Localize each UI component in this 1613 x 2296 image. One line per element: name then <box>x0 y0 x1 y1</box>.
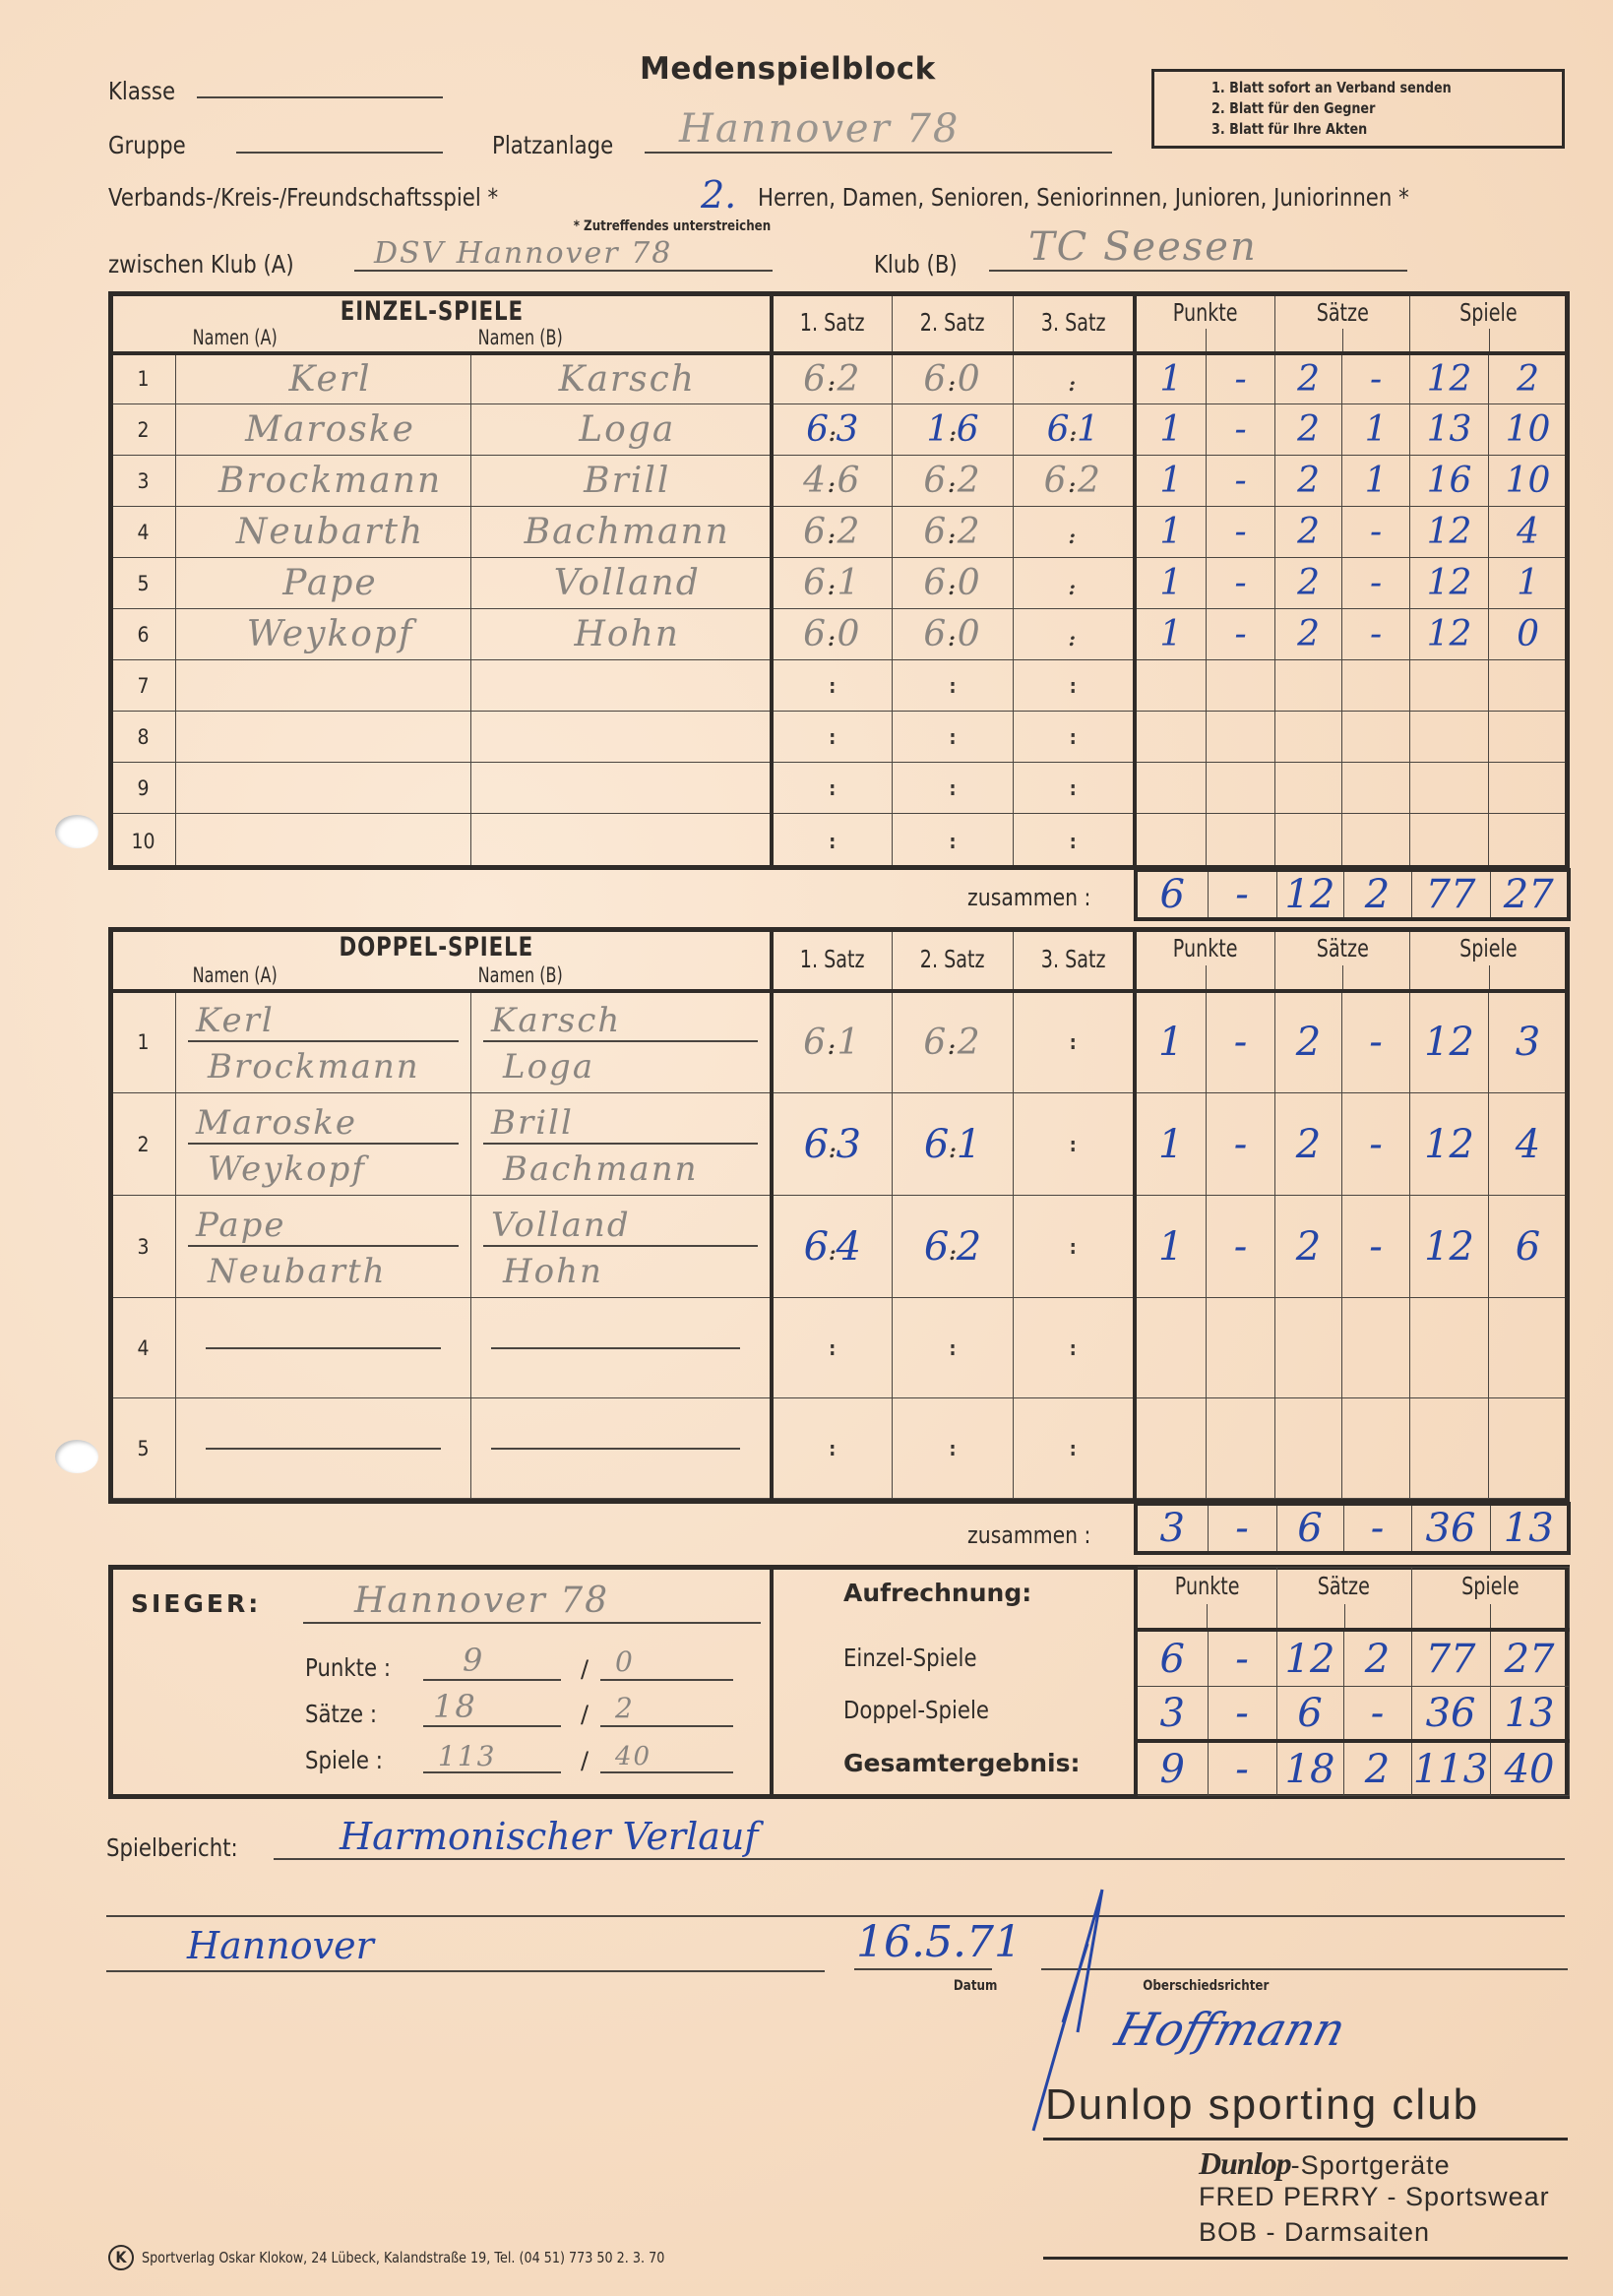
saetze-b[interactable]: 1 <box>1342 404 1410 456</box>
player-a1-name[interactable]: Maroske <box>188 1095 459 1145</box>
gruppe-label: Gruppe <box>108 131 186 159</box>
punkte-b[interactable]: - <box>1207 991 1275 1093</box>
zusammen-saetze-a[interactable]: 6 <box>1276 1504 1343 1553</box>
satz2-score[interactable]: 6:0 <box>893 558 1014 609</box>
einzel-table: EINZEL-SPIELE Namen (A) Namen (B) 1. Sat… <box>110 293 1568 869</box>
einzel-zusammen-row: 6 - 12 2 77 27 <box>1134 868 1571 921</box>
platzanlage-field[interactable] <box>645 152 1112 154</box>
team-b-names[interactable]: Brill Bachmann <box>471 1093 772 1196</box>
doppel-col-punkte: Punkte <box>1173 934 1238 962</box>
spiele-a[interactable] <box>1410 660 1489 712</box>
doppel-zusammen-row: 3 - 6 - 36 13 <box>1134 1502 1571 1555</box>
saetze-a[interactable]: 2 <box>1275 1093 1342 1196</box>
punkte-b[interactable] <box>1207 763 1275 814</box>
satz3-score[interactable]: : <box>1014 991 1135 1093</box>
sieger-spiele-b-field[interactable] <box>600 1771 733 1773</box>
satz2-score[interactable]: 6:0 <box>893 609 1014 660</box>
player-b-name[interactable] <box>471 814 772 869</box>
team-a-names[interactable]: Kerl Brockmann <box>176 991 471 1093</box>
aufrechnung-col-saetze: Sätze <box>1318 1572 1370 1600</box>
player-b1-name[interactable]: Karsch <box>483 993 758 1042</box>
zusammen-saetze-b[interactable]: - <box>1343 1504 1411 1553</box>
sieger-punkte-a-field[interactable] <box>423 1679 561 1681</box>
row-number: 1 <box>111 991 176 1093</box>
punkte-a[interactable] <box>1135 660 1207 712</box>
notice-line-1: 1. Blatt sofort an Verband senden <box>1211 78 1510 98</box>
doppel-spiele-b[interactable]: 13 <box>1490 1687 1569 1741</box>
satz3-score[interactable]: : <box>1014 507 1135 558</box>
einzel-title: EINZEL-SPIELE <box>341 296 524 327</box>
saetze-b[interactable]: - <box>1342 1196 1410 1298</box>
satz1-score[interactable]: : <box>772 712 893 763</box>
satz3-score[interactable]: : <box>1014 1298 1135 1398</box>
gesamt-saetze-b[interactable]: 2 <box>1343 1741 1411 1795</box>
satz3-score[interactable]: 6:2 <box>1014 456 1135 507</box>
satz2-score[interactable]: : <box>893 1298 1014 1398</box>
zusammen-punkte-a[interactable]: 6 <box>1136 870 1208 919</box>
doppel-table: DOPPEL-SPIELE Namen (A) Namen (B) 1. Sat… <box>110 929 1568 1499</box>
spiele-a[interactable]: 12 <box>1410 507 1489 558</box>
zusammen-spiele-a[interactable]: 77 <box>1411 870 1490 919</box>
satz1-score[interactable]: 6:1 <box>772 991 893 1093</box>
satz3-score[interactable]: : <box>1014 1196 1135 1298</box>
satz1-score[interactable]: : <box>772 1298 893 1398</box>
aufrechnung-table: Punkte Sätze Spiele 6 - 12 2 77 27 3 - 6… <box>1134 1567 1570 1796</box>
einzel-spiele-b[interactable]: 27 <box>1490 1630 1569 1686</box>
player-a-name[interactable] <box>176 814 471 869</box>
saetze-a[interactable] <box>1275 712 1342 763</box>
sieger-saetze-label: Sätze : <box>305 1700 377 1728</box>
player-b-name[interactable] <box>471 660 772 712</box>
punkte-a[interactable] <box>1135 712 1207 763</box>
row-number: 4 <box>111 507 176 558</box>
spielbericht-line-2[interactable] <box>106 1915 1565 1917</box>
satz2-score[interactable]: : <box>893 712 1014 763</box>
einzel-saetze-b[interactable]: 2 <box>1343 1630 1411 1686</box>
punkte-b[interactable] <box>1207 1398 1275 1499</box>
saetze-a[interactable] <box>1275 1298 1342 1398</box>
satz1-score[interactable]: : <box>772 814 893 869</box>
satz3-score[interactable]: : <box>1014 763 1135 814</box>
satz1-score[interactable]: : <box>772 763 893 814</box>
row-number: 1 <box>111 353 176 404</box>
satz2-score[interactable]: : <box>893 1398 1014 1499</box>
einzel-col-satz1: 1. Satz <box>800 308 865 337</box>
punkte-b[interactable]: - <box>1207 1196 1275 1298</box>
zusammen-saetze-b[interactable]: 2 <box>1343 870 1411 919</box>
saetze-b[interactable] <box>1342 712 1410 763</box>
satz2-score[interactable]: : <box>893 660 1014 712</box>
einzel-col-name-b: Namen (B) <box>478 326 563 349</box>
satz2-score[interactable]: 6:2 <box>893 991 1014 1093</box>
einzel-punkte-a[interactable]: 6 <box>1136 1630 1208 1686</box>
satz2-score[interactable]: 6:2 <box>893 456 1014 507</box>
summary-divider <box>770 1567 774 1795</box>
zusammen-punkte-b[interactable]: - <box>1208 1504 1276 1553</box>
punkte-a[interactable]: 1 <box>1135 507 1207 558</box>
saetze-b[interactable]: - <box>1342 609 1410 660</box>
spiele-a[interactable]: 12 <box>1410 609 1489 660</box>
satz3-score[interactable]: : <box>1014 353 1135 404</box>
gesamt-punkte-a[interactable]: 9 <box>1136 1741 1208 1795</box>
klub-a-label: zwischen Klub (A) <box>108 250 294 279</box>
einzel-row: 5 Pape Volland 6:1 6:0 : 1 - 2 - 12 1 <box>111 558 1568 609</box>
ort-value: Hannover <box>187 1924 374 1967</box>
player-a-name[interactable]: Kerl <box>176 353 471 404</box>
sieger-spiele-label: Spiele : <box>305 1746 383 1774</box>
ad-line-3: BOB - Darmsaiten <box>1199 2217 1430 2248</box>
satz1-score[interactable]: 6:2 <box>772 507 893 558</box>
platzanlage-value: Hannover 78 <box>679 106 960 152</box>
punkte-b[interactable]: - <box>1207 507 1275 558</box>
doppel-col-satz3: 3. Satz <box>1040 945 1105 973</box>
player-b-name[interactable]: Loga <box>471 404 772 456</box>
spiele-a[interactable]: 12 <box>1410 991 1489 1093</box>
player-a-name[interactable] <box>176 763 471 814</box>
spielbericht-line-1[interactable] <box>274 1858 1565 1860</box>
satz1-score[interactable]: 6:3 <box>772 404 893 456</box>
spiele-a[interactable]: 12 <box>1410 353 1489 404</box>
satz3-score[interactable]: 6:1 <box>1014 404 1135 456</box>
sieger-punkte-a: 9 <box>463 1642 484 1679</box>
ort-field[interactable] <box>106 1970 825 1972</box>
player-b-name[interactable]: Bachmann <box>471 507 772 558</box>
satz2-score[interactable]: 6:0 <box>893 353 1014 404</box>
player-b1-name[interactable]: Brill <box>483 1095 758 1145</box>
player-b-name[interactable]: Brill <box>471 456 772 507</box>
team-b-names[interactable] <box>471 1298 772 1398</box>
spiele-b[interactable] <box>1489 814 1568 869</box>
sieger-spiele-b: 40 <box>615 1742 651 1771</box>
sieger-field[interactable] <box>303 1622 761 1624</box>
team-a-names[interactable] <box>176 1398 471 1499</box>
saetze-b[interactable]: - <box>1342 1093 1410 1196</box>
spiele-b[interactable]: 2 <box>1489 353 1568 404</box>
aufrechnung-doppel-label: Doppel-Spiele <box>843 1696 989 1724</box>
aufrechnung-gesamt-label: Gesamtergebnis: <box>843 1749 1081 1777</box>
spiele-a[interactable]: 16 <box>1410 456 1489 507</box>
punkte-a[interactable] <box>1135 1298 1207 1398</box>
copy-distribution-notice: 1. Blatt sofort an Verband senden 2. Bla… <box>1151 69 1565 149</box>
zusammen-saetze-a[interactable]: 12 <box>1276 870 1343 919</box>
zusammen-spiele-b[interactable]: 13 <box>1490 1504 1569 1553</box>
zusammen-spiele-a[interactable]: 36 <box>1411 1504 1490 1553</box>
punkte-b[interactable] <box>1207 814 1275 869</box>
satz1-score[interactable]: 6:2 <box>772 353 893 404</box>
player-b-name[interactable] <box>471 763 772 814</box>
punkte-a[interactable]: 1 <box>1135 558 1207 609</box>
player-b2-name[interactable]: Hohn <box>483 1247 758 1296</box>
einzel-header-row: EINZEL-SPIELE Namen (A) Namen (B) 1. Sat… <box>111 294 1568 353</box>
punkte-b[interactable]: - <box>1207 558 1275 609</box>
aufrechnung-row-gesamt: 9 - 18 2 113 40 <box>1136 1741 1569 1795</box>
sieger-spiele-a: 113 <box>438 1740 496 1772</box>
player-a1-name[interactable]: Pape <box>188 1198 459 1247</box>
team-b-names[interactable]: Volland Hohn <box>471 1196 772 1298</box>
spiele-b[interactable]: 10 <box>1489 456 1568 507</box>
punkte-b[interactable]: - <box>1207 1093 1275 1196</box>
player-a-name[interactable]: Maroske <box>176 404 471 456</box>
saetze-a[interactable]: 2 <box>1275 609 1342 660</box>
einzel-saetze-a[interactable]: 12 <box>1276 1630 1343 1686</box>
spielart-footnote: * Zutreffendes unterstreichen <box>556 216 788 234</box>
spiele-a[interactable]: 12 <box>1410 1093 1489 1196</box>
doppel-col-name-b: Namen (B) <box>478 963 563 987</box>
punkte-a[interactable]: 1 <box>1135 1093 1207 1196</box>
spiele-a[interactable] <box>1410 814 1489 869</box>
saetze-b[interactable] <box>1342 763 1410 814</box>
spiele-b[interactable]: 6 <box>1489 1196 1568 1298</box>
player-b-name[interactable]: Volland <box>471 558 772 609</box>
zusammen-punkte-b[interactable]: - <box>1208 870 1276 919</box>
saetze-a[interactable] <box>1275 660 1342 712</box>
page-title: Medenspielblock <box>640 51 936 87</box>
klasse-label: Klasse <box>108 77 175 105</box>
saetze-a[interactable]: 2 <box>1275 456 1342 507</box>
punkte-a[interactable]: 1 <box>1135 456 1207 507</box>
punkte-a[interactable]: 1 <box>1135 353 1207 404</box>
player-a-name[interactable]: Brockmann <box>176 456 471 507</box>
saetze-b[interactable] <box>1342 814 1410 869</box>
spiele-b[interactable]: 3 <box>1489 991 1568 1093</box>
player-a-name[interactable]: Weykopf <box>176 609 471 660</box>
player-a2-name[interactable]: Neubarth <box>188 1247 459 1296</box>
spiele-a[interactable] <box>1410 763 1489 814</box>
satz2-score[interactable]: 1:6 <box>893 404 1014 456</box>
einzel-spiele-a[interactable]: 77 <box>1411 1630 1490 1686</box>
doppel-saetze-a[interactable]: 6 <box>1276 1687 1343 1741</box>
gruppe-field[interactable] <box>236 152 443 154</box>
spielart-label: Verbands-/Kreis-/Freundschaftsspiel * <box>108 183 498 212</box>
spiele-a[interactable]: 12 <box>1410 1196 1489 1298</box>
sieger-punkte-label: Punkte : <box>305 1653 391 1682</box>
spiele-a[interactable] <box>1410 1298 1489 1398</box>
spiele-b[interactable]: 1 <box>1489 558 1568 609</box>
spiele-a[interactable]: 12 <box>1410 558 1489 609</box>
spiele-a[interactable] <box>1410 712 1489 763</box>
gesamt-spiele-a[interactable]: 113 <box>1411 1741 1490 1795</box>
punkte-a[interactable] <box>1135 763 1207 814</box>
satz2-score[interactable]: 6:2 <box>893 1196 1014 1298</box>
satz1-score[interactable]: 6:4 <box>772 1196 893 1298</box>
satz3-score[interactable]: : <box>1014 1093 1135 1196</box>
sieger-slash: / <box>581 1747 589 1774</box>
saetze-b[interactable]: - <box>1342 558 1410 609</box>
player-b-name[interactable]: Karsch <box>471 353 772 404</box>
doppel-punkte-b[interactable]: - <box>1208 1687 1276 1741</box>
einzel-row: 8 : : : <box>111 712 1568 763</box>
team-b-names[interactable]: Karsch Loga <box>471 991 772 1093</box>
player-a-name[interactable] <box>176 712 471 763</box>
spiele-b[interactable] <box>1489 1298 1568 1398</box>
satz1-score[interactable]: : <box>772 1398 893 1499</box>
team-a-names[interactable]: Pape Neubarth <box>176 1196 471 1298</box>
spiele-b[interactable] <box>1489 763 1568 814</box>
saetze-a[interactable] <box>1275 814 1342 869</box>
aufrechnung-col-punkte: Punkte <box>1174 1572 1239 1600</box>
player-a2-name[interactable]: Brockmann <box>188 1042 459 1091</box>
row-number: 10 <box>111 814 176 869</box>
player-b-name[interactable] <box>471 712 772 763</box>
satz3-score[interactable]: : <box>1014 609 1135 660</box>
player-b1-name[interactable]: Volland <box>483 1198 758 1247</box>
punkte-a[interactable]: 1 <box>1135 1196 1207 1298</box>
row-number: 5 <box>111 558 176 609</box>
row-number: 9 <box>111 763 176 814</box>
sieger-saetze-b: 2 <box>615 1692 635 1724</box>
einzel-punkte-b[interactable]: - <box>1208 1630 1276 1686</box>
player-a1-name[interactable]: Kerl <box>188 993 459 1042</box>
spiele-b[interactable]: 10 <box>1489 404 1568 456</box>
satz1-score[interactable]: 6:0 <box>772 609 893 660</box>
spiele-b[interactable]: 0 <box>1489 609 1568 660</box>
player-a2-name[interactable]: Weykopf <box>188 1145 459 1194</box>
spiele-a[interactable] <box>1410 1398 1489 1499</box>
doppel-row: 3 Pape Neubarth Volland Hohn 6:4 6:2 : 1… <box>111 1196 1568 1298</box>
satz2-score[interactable]: 6:2 <box>893 507 1014 558</box>
saetze-b[interactable] <box>1342 1298 1410 1398</box>
satz3-score[interactable]: : <box>1014 712 1135 763</box>
sieger-punkte-b: 0 <box>615 1645 635 1678</box>
satz1-score[interactable]: 6:3 <box>772 1093 893 1196</box>
doppel-row: 4 : : : <box>111 1298 1568 1398</box>
schiedsrichter-signature: Hoffmann <box>1110 2003 1351 2056</box>
category-options: Herren, Damen, Senioren, Seniorinnen, Ju… <box>758 183 1409 212</box>
punkte-a[interactable]: 1 <box>1135 404 1207 456</box>
saetze-b[interactable]: - <box>1342 353 1410 404</box>
row-number: 3 <box>111 1196 176 1298</box>
team-a-names[interactable] <box>176 1298 471 1398</box>
saetze-b[interactable]: - <box>1342 507 1410 558</box>
sieger-punkte-b-field[interactable] <box>600 1679 733 1681</box>
doppel-spiele-a[interactable]: 36 <box>1411 1687 1490 1741</box>
punkte-b[interactable] <box>1207 1298 1275 1398</box>
saetze-a[interactable]: 2 <box>1275 558 1342 609</box>
saetze-a[interactable]: 2 <box>1275 991 1342 1093</box>
zusammen-spiele-b[interactable]: 27 <box>1490 870 1569 919</box>
zusammen-punkte-a[interactable]: 3 <box>1136 1504 1208 1553</box>
player-b-name[interactable]: Hohn <box>471 609 772 660</box>
saetze-a[interactable] <box>1275 1398 1342 1499</box>
satz3-score[interactable]: : <box>1014 660 1135 712</box>
punkte-b[interactable]: - <box>1207 353 1275 404</box>
satz1-score[interactable]: : <box>772 660 893 712</box>
einzel-row: 6 Weykopf Hohn 6:0 6:0 : 1 - 2 - 12 0 <box>111 609 1568 660</box>
team-b-names[interactable] <box>471 1398 772 1499</box>
punch-hole-top <box>55 815 98 848</box>
doppel-punkte-a[interactable]: 3 <box>1136 1687 1208 1741</box>
punkte-b[interactable]: - <box>1207 404 1275 456</box>
spiele-b[interactable] <box>1489 1398 1568 1499</box>
saetze-b[interactable]: - <box>1342 991 1410 1093</box>
publisher-logo-icon: K <box>108 2245 134 2270</box>
doppel-col-satz2: 2. Satz <box>920 945 985 973</box>
gesamt-spiele-b[interactable]: 40 <box>1490 1741 1569 1795</box>
player-a-name[interactable] <box>176 660 471 712</box>
sieger-slash: / <box>581 1701 589 1728</box>
satz2-score[interactable]: 6:1 <box>893 1093 1014 1196</box>
satz3-score[interactable]: : <box>1014 558 1135 609</box>
spiele-a[interactable]: 13 <box>1410 404 1489 456</box>
schiedsrichter-label: Oberschiedsrichter <box>1132 1975 1280 1994</box>
ad-rule-top <box>1043 2138 1568 2141</box>
player-a-name[interactable]: Pape <box>176 558 471 609</box>
row-number: 3 <box>111 456 176 507</box>
klub-b-field[interactable] <box>989 270 1407 272</box>
doppel-title: DOPPEL-SPIELE <box>339 932 533 962</box>
satz2-score[interactable]: : <box>893 814 1014 869</box>
spiele-b[interactable]: 4 <box>1489 1093 1568 1196</box>
ad-line-2: FRED PERRY - Sportswear <box>1199 2182 1550 2212</box>
saetze-a[interactable]: 2 <box>1275 507 1342 558</box>
player-b2-name[interactable]: Loga <box>483 1042 758 1091</box>
doppel-row: 5 : : : <box>111 1398 1568 1499</box>
klub-b-label: Klub (B) <box>874 250 958 279</box>
doppel-saetze-b[interactable]: - <box>1343 1687 1411 1741</box>
gesamt-saetze-a[interactable]: 18 <box>1276 1741 1343 1795</box>
spiele-b[interactable] <box>1489 660 1568 712</box>
sieger-label: SIEGER: <box>131 1589 261 1618</box>
dunlop-logo: Dunlop <box>1199 2145 1291 2181</box>
einzel-col-satz2: 2. Satz <box>920 308 985 337</box>
saetze-b[interactable] <box>1342 660 1410 712</box>
row-number: 5 <box>111 1398 176 1499</box>
team-number: 2. <box>701 173 736 217</box>
satz3-score[interactable]: : <box>1014 814 1135 869</box>
punkte-b[interactable]: - <box>1207 456 1275 507</box>
einzel-zusammen-label: zusammen : <box>957 884 1101 911</box>
sieger-saetze-a-field[interactable] <box>423 1725 561 1727</box>
doppel-zusammen-label: zusammen : <box>957 1521 1101 1549</box>
datum-field[interactable] <box>854 1968 992 1970</box>
aufrechnung-row-doppel: 3 - 6 - 36 13 <box>1136 1687 1569 1741</box>
saetze-b[interactable]: 1 <box>1342 456 1410 507</box>
doppel-header-row: DOPPEL-SPIELE Namen (A) Namen (B) 1. Sat… <box>111 930 1568 991</box>
saetze-a[interactable]: 2 <box>1275 404 1342 456</box>
notice-line-3: 3. Blatt für Ihre Akten <box>1211 119 1510 140</box>
punkte-a[interactable]: 1 <box>1135 991 1207 1093</box>
saetze-a[interactable]: 2 <box>1275 353 1342 404</box>
klasse-field[interactable] <box>197 96 443 98</box>
punkte-b[interactable] <box>1207 712 1275 763</box>
satz1-score[interactable]: 4:6 <box>772 456 893 507</box>
satz1-score[interactable]: 6:1 <box>772 558 893 609</box>
satz3-score[interactable]: : <box>1014 1398 1135 1499</box>
punkte-a[interactable] <box>1135 1398 1207 1499</box>
sieger-saetze-b-field[interactable] <box>600 1725 733 1727</box>
saetze-a[interactable]: 2 <box>1275 1196 1342 1298</box>
team-a-names[interactable]: Maroske Weykopf <box>176 1093 471 1196</box>
player-a-name[interactable]: Neubarth <box>176 507 471 558</box>
spiele-b[interactable]: 4 <box>1489 507 1568 558</box>
player-b2-name[interactable]: Bachmann <box>483 1145 758 1194</box>
einzel-row: 7 : : : <box>111 660 1568 712</box>
einzel-col-spiele: Spiele <box>1459 298 1517 327</box>
einzel-row: 10 : : : <box>111 814 1568 869</box>
saetze-a[interactable] <box>1275 763 1342 814</box>
satz2-score[interactable]: : <box>893 763 1014 814</box>
punkte-a[interactable] <box>1135 814 1207 869</box>
punkte-b[interactable] <box>1207 660 1275 712</box>
gesamt-punkte-b[interactable]: - <box>1208 1741 1276 1795</box>
aufrechnung-einzel-label: Einzel-Spiele <box>843 1644 977 1672</box>
punkte-a[interactable]: 1 <box>1135 609 1207 660</box>
saetze-b[interactable] <box>1342 1398 1410 1499</box>
datum-label: Datum <box>950 1975 1001 1994</box>
spiele-b[interactable] <box>1489 712 1568 763</box>
punkte-b[interactable]: - <box>1207 609 1275 660</box>
einzel-row: 9 : : : <box>111 763 1568 814</box>
